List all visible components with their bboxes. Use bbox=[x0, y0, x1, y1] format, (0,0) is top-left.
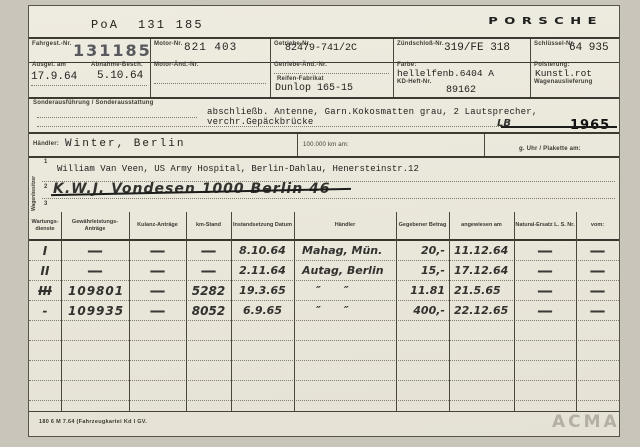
cell-betrag: 15,- bbox=[396, 261, 449, 280]
cell-wartung: III bbox=[29, 281, 61, 300]
cell-vom: — bbox=[576, 301, 619, 320]
detail-fields-row: Ausgel. am Abnahme-Besch. 17.9.64 5.10.6… bbox=[29, 60, 619, 99]
field-label: Wagenauslieferung bbox=[534, 79, 593, 85]
cell-km: — bbox=[186, 241, 231, 260]
table-row-empty bbox=[29, 361, 619, 381]
field-label: Reifen-Fabrikat bbox=[277, 76, 324, 82]
cell-haendler: ″ ″ bbox=[294, 281, 396, 300]
col-header: Gewährleistungs-Anträge bbox=[61, 212, 129, 239]
table-row: II — — — 2.11.64 Autag, Berlin 15,- 17.1… bbox=[29, 261, 619, 281]
cell-kulanz: — bbox=[129, 281, 186, 300]
cell-datum: 8.10.64 bbox=[231, 241, 294, 260]
field-label: Ausgel. am bbox=[32, 62, 66, 68]
tyre-brand: Dunlop 165-15 bbox=[275, 83, 353, 94]
fill-line bbox=[31, 84, 147, 86]
column-line bbox=[514, 212, 515, 411]
col-header: Natural-Ersatz L. S. Nr. bbox=[514, 212, 576, 239]
strike-line bbox=[501, 126, 617, 128]
col-header: km-Stand bbox=[186, 212, 231, 239]
cell-wartung: I bbox=[29, 241, 61, 260]
field-fahrgestell: Fahrgest.-Nr. 131185 bbox=[29, 39, 151, 62]
cell-km: 8052 bbox=[186, 301, 231, 320]
col-header: Händler bbox=[294, 212, 396, 239]
cell-kulanz: — bbox=[129, 301, 186, 320]
table-row: I — — — 8.10.64 Mahag, Mün. 20,- 11.12.6… bbox=[29, 241, 619, 261]
field-schluessel: Schlüssel-Nr. 64 935 bbox=[531, 39, 619, 62]
cell-natural: — bbox=[514, 261, 576, 280]
dealer-value: Winter, Berlin bbox=[65, 138, 185, 150]
field-label: Motor-Nr. bbox=[154, 41, 182, 47]
cell-haendler: Autag, Berlin bbox=[294, 261, 396, 280]
col-header: Instandsetzung Datum bbox=[231, 212, 294, 239]
col-header: angewiesen am bbox=[449, 212, 514, 239]
cell-wartung: II bbox=[29, 261, 61, 280]
cell-vom: — bbox=[576, 241, 619, 260]
cell-datum: 19.3.65 bbox=[231, 281, 294, 300]
cell-kulanz: — bbox=[129, 241, 186, 260]
cell-km: — bbox=[186, 261, 231, 280]
column-line bbox=[396, 212, 397, 411]
table-row-empty bbox=[29, 341, 619, 361]
owner-row-number: 3 bbox=[44, 201, 48, 207]
delivery-date: 17.9.64 bbox=[31, 71, 77, 83]
fill-line bbox=[42, 197, 615, 199]
field-label: Motor-Änd.-Nr. bbox=[154, 62, 199, 68]
cell-haendler: Mahag, Mün. bbox=[294, 241, 396, 260]
col-header: Gegebener Betrag bbox=[396, 212, 449, 239]
cell-vom: — bbox=[576, 281, 619, 300]
cell-divider bbox=[484, 134, 485, 156]
service-booklet-number: 89162 bbox=[446, 85, 476, 96]
scanned-document: PoA 131 185 PORSCHE Fahrgest.-Nr. 131185… bbox=[0, 0, 640, 447]
fill-line bbox=[37, 116, 197, 118]
motor-number: 821 403 bbox=[184, 42, 237, 54]
column-line bbox=[186, 212, 187, 411]
sonder-label: Sonderausführung / Sonderausstattung bbox=[33, 100, 154, 106]
field-motor-aenderung: Motor-Änd.-Nr. bbox=[151, 60, 271, 97]
struck-roman-numeral: III bbox=[38, 284, 51, 298]
field-getriebe-aenderung: Getriebe-Änd.-Nr. Reifen-Fabrikat Dunlop… bbox=[271, 60, 394, 97]
form-print-code: 180 6 M 7.64 (Fahrzeugkartei Kd I GV. bbox=[39, 419, 147, 425]
cell-betrag: 20,- bbox=[396, 241, 449, 260]
cell-angewiesen: 17.12.64 bbox=[449, 261, 514, 280]
cell-km: 5282 bbox=[186, 281, 231, 300]
dealer-label: Händler: bbox=[33, 141, 59, 147]
acceptance-date: 5.10.64 bbox=[97, 70, 143, 82]
service-table: Wartungs-dienste Gewährleistungs-Anträge… bbox=[29, 212, 619, 412]
owner-row-number: 1 bbox=[44, 159, 48, 165]
field-getriebe: Getriebe-Nr. 82479-741/2C bbox=[271, 39, 394, 62]
table-header-row: Wartungs-dienste Gewährleistungs-Anträge… bbox=[29, 212, 619, 241]
key-number: 64 935 bbox=[569, 42, 609, 54]
cell-haendler: ″ ″ bbox=[294, 301, 396, 320]
dealer-row: Händler: Winter, Berlin 100.000 km am: g… bbox=[29, 132, 619, 158]
col-header: Kulanz-Anträge bbox=[129, 212, 186, 239]
cell-natural: — bbox=[514, 301, 576, 320]
cell-datum: 2.11.64 bbox=[231, 261, 294, 280]
cell-angewiesen: 11.12.64 bbox=[449, 241, 514, 260]
upholstery-value: Kunstl.rot bbox=[535, 68, 592, 79]
fill-line bbox=[274, 72, 389, 74]
cell-gewaehr: — bbox=[61, 261, 129, 280]
cell-divider bbox=[297, 134, 298, 156]
cell-gewaehr: 109935 bbox=[61, 301, 129, 320]
cell-datum: 6.9.65 bbox=[231, 301, 294, 320]
field-zuendschloss: Zündschloß-Nr. 319/FE 318 bbox=[394, 39, 531, 62]
cell-natural: — bbox=[514, 241, 576, 260]
column-line bbox=[231, 212, 232, 411]
cell-angewiesen: 22.12.65 bbox=[449, 301, 514, 320]
field-label: Abnahme-Besch. bbox=[91, 62, 143, 68]
cell-natural: — bbox=[514, 281, 576, 300]
cell-vom: — bbox=[576, 261, 619, 280]
field-label: Getriebe-Änd.-Nr. bbox=[274, 62, 327, 68]
clock-plaque-label: g. Uhr / Plakette am: bbox=[519, 146, 581, 152]
field-label: KD-Heft-Nr. bbox=[397, 79, 432, 85]
cell-betrag: 11.81 bbox=[396, 281, 449, 300]
ignition-lock-number: 319/FE 318 bbox=[444, 42, 510, 54]
field-polsterung: Polsterung: Kunstl.rot Wagenauslieferung bbox=[531, 60, 619, 97]
sonder-text: abschließb. Antenne, Garn.Kokosmatten gr… bbox=[207, 107, 619, 127]
field-motor: Motor-Nr. 821 403 bbox=[151, 39, 271, 62]
cell-betrag: 400,- bbox=[396, 301, 449, 320]
table-row: III 109801 — 5282 19.3.65 ″ ″ 11.81 21.5… bbox=[29, 281, 619, 301]
table-row: - 109935 — 8052 6.9.65 ″ ″ 400,- 22.12.6… bbox=[29, 301, 619, 321]
column-line bbox=[129, 212, 130, 411]
reference-number: PoA 131 185 bbox=[91, 18, 204, 32]
owner-1: William Van Veen, US Army Hospital, Berl… bbox=[57, 164, 419, 174]
cell-wartung: - bbox=[29, 301, 61, 320]
column-line bbox=[61, 212, 62, 411]
colour-value: hellelfenb.6404 A bbox=[397, 68, 494, 79]
owner-section: Wagenbesitzer 1 William Van Veen, US Arm… bbox=[29, 158, 619, 212]
fill-line bbox=[154, 82, 266, 84]
porsche-logo: PORSCHE bbox=[488, 16, 603, 27]
table-row-empty bbox=[29, 401, 619, 420]
chassis-number: 131185 bbox=[73, 41, 152, 60]
col-header: Wartungs-dienste bbox=[29, 212, 61, 239]
table-row-empty bbox=[29, 381, 619, 401]
column-line bbox=[449, 212, 450, 411]
field-label: Zündschloß-Nr. bbox=[397, 41, 444, 47]
field-ausgeliefert: Ausgel. am Abnahme-Besch. 17.9.64 5.10.6… bbox=[29, 60, 151, 97]
km-label: 100.000 km am: bbox=[303, 142, 349, 148]
column-line bbox=[294, 212, 295, 411]
cell-kulanz: — bbox=[129, 261, 186, 280]
gearbox-number: 82479-741/2C bbox=[285, 43, 357, 54]
owner-row-number: 2 bbox=[44, 184, 48, 190]
field-farbe: Farbe: hellelfenb.6404 A KD-Heft-Nr. 891… bbox=[394, 60, 531, 97]
cell-gewaehr: 109801 bbox=[61, 281, 129, 300]
watermark: ACMA bbox=[552, 412, 620, 432]
kardex-card: PoA 131 185 PORSCHE Fahrgest.-Nr. 131185… bbox=[28, 5, 620, 437]
col-header: vom: bbox=[576, 212, 619, 239]
owner-side-label: Wagenbesitzer bbox=[31, 159, 37, 211]
field-label: Fahrgest.-Nr. bbox=[32, 41, 72, 47]
table-row-empty bbox=[29, 321, 619, 341]
cell-angewiesen: 21.5.65 bbox=[449, 281, 514, 300]
cell-gewaehr: — bbox=[61, 241, 129, 260]
column-line bbox=[576, 212, 577, 411]
